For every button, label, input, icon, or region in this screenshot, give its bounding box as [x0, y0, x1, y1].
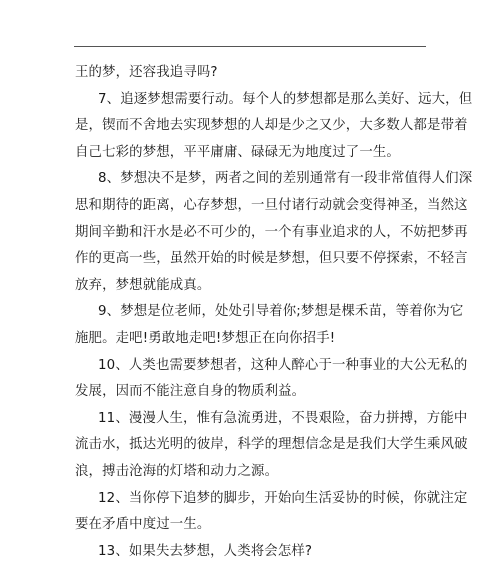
text-line: 发展，因而不能注意自身的物质利益。	[75, 379, 427, 406]
header-divider	[74, 46, 426, 47]
text-line: 自己七彩的梦想，平平庸庸、碌碌无为地度过了一生。	[75, 140, 427, 167]
paragraph-9-start: 9、梦想是位老师，处处引导着你;梦想是棵禾苗，等着你为它	[75, 299, 427, 326]
paragraph-10-start: 10、人类也需要梦想者，这种人醉心于一种事业的大公无私的	[75, 353, 427, 380]
paragraph-12-start: 12、当你停下追梦的脚步，开始向生活妥协的时候，你就注定	[75, 486, 427, 513]
text-line: 浪，搏击沧海的灯塔和动力之源。	[75, 459, 427, 486]
paragraph-13-start: 13、如果失去梦想，人类将会怎样?	[75, 539, 427, 565]
text-line: 王的梦，还容我追寻吗?	[75, 60, 427, 87]
text-line: 流击水，抵达光明的彼岸，科学的理想信念是是我们大学生乘风破	[75, 432, 427, 459]
text-line: 作的更高一些，虽然开始的时候是梦想，但只要不停探索，不轻言	[75, 246, 427, 273]
text-line: 要在矛盾中度过一生。	[75, 512, 427, 539]
document-body: 王的梦，还容我追寻吗? 7、追逐梦想需要行动。每个人的梦想都是那么美好、远大，但…	[75, 60, 427, 565]
text-line: 期间辛勤和汗水是必不可少的，一个有事业追求的人，不妨把梦再	[75, 220, 427, 247]
paragraph-8-start: 8、梦想决不是梦，两者之间的差别通常有一段非常值得人们深	[75, 166, 427, 193]
text-line: 放弃，梦想就能成真。	[75, 273, 427, 300]
text-line: 施肥。走吧!勇敢地走吧!梦想正在向你招手!	[75, 326, 427, 353]
paragraph-11-start: 11、漫漫人生，惟有急流勇进，不畏艰险，奋力拼搏，方能中	[75, 406, 427, 433]
document-page: 王的梦，还容我追寻吗? 7、追逐梦想需要行动。每个人的梦想都是那么美好、远大，但…	[0, 0, 500, 565]
text-line: 思和期待的距离，心存梦想，一旦付诸行动就会变得神圣，当然这	[75, 193, 427, 220]
paragraph-7-start: 7、追逐梦想需要行动。每个人的梦想都是那么美好、远大，但	[75, 87, 427, 114]
text-line: 是，锲而不舍地去实现梦想的人却是少之又少，大多数人都是带着	[75, 113, 427, 140]
